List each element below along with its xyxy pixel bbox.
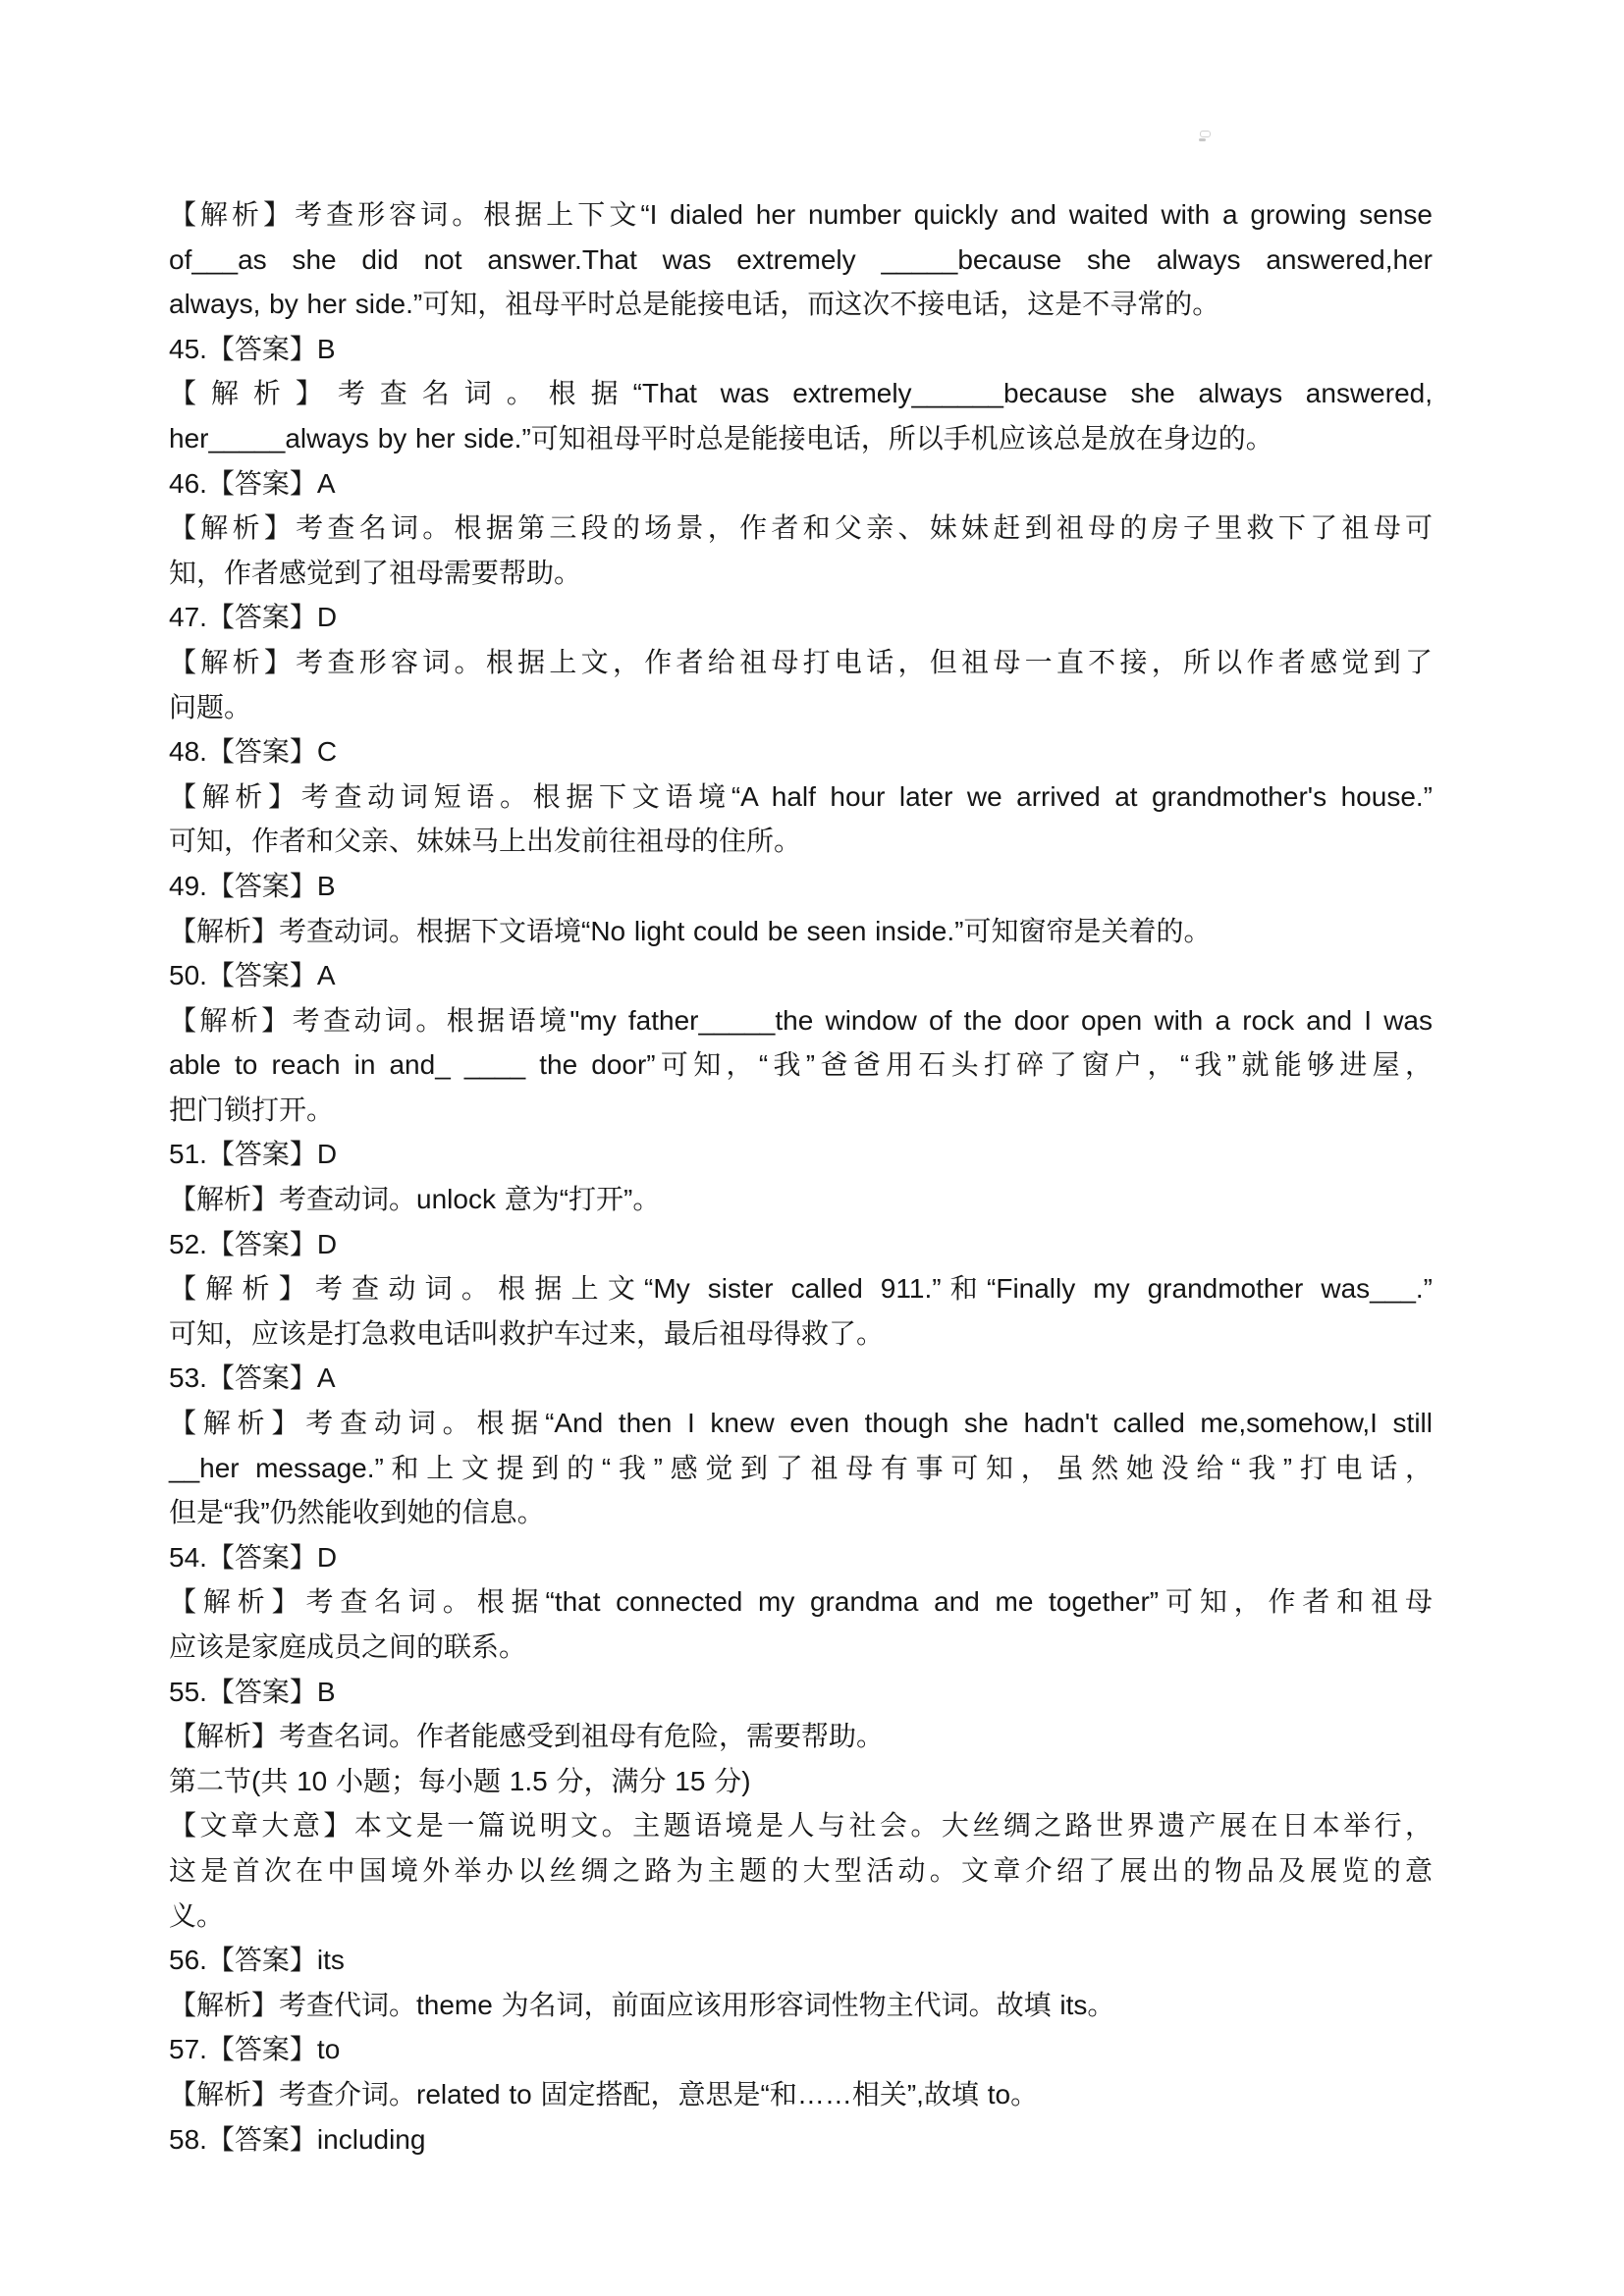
text-line: 【解析】考查名词。根据第三段的场景，作者和父亲、妹妹赶到祖母的房子里救下了祖母可 — [169, 506, 1433, 551]
text-line: 【解析】考查动词短语。根据下文语境“A half hour later we a… — [169, 774, 1433, 820]
text-line: 【解析】考查名词。根据“That was extremely______beca… — [169, 371, 1433, 416]
text-line: 【解析】考查形容词。根据上文，作者给祖母打电话，但祖母一直不接，所以作者感觉到了 — [169, 640, 1433, 685]
text-line: 【解析】考查动词。根据上文“My sister called 911.”和“Fi… — [169, 1266, 1433, 1311]
scan-artifact — [1199, 130, 1211, 143]
text-line: 【解析】考查代词。theme 为名词，前面应该用形容词性物主代词。故填 its。 — [169, 1983, 1433, 2028]
text-line: 57.【答案】to — [169, 2027, 1433, 2072]
text-line: 【解析】考查名词。根据“that connected my grandma an… — [169, 1579, 1433, 1625]
document-body: 【解析】考查形容词。根据上下文“I dialed her number quic… — [169, 192, 1433, 2162]
text-line: 可知，作者和父亲、妹妹马上出发前往祖母的住所。 — [169, 819, 1433, 864]
text-line: 47.【答案】D — [169, 595, 1433, 640]
text-line: 58.【答案】including — [169, 2117, 1433, 2163]
text-line: her_____always by her side.”可知祖母平时总是能接电话… — [169, 416, 1433, 461]
text-line: 48.【答案】C — [169, 729, 1433, 774]
text-line: 【解析】考查动词。unlock 意为“打开”。 — [169, 1177, 1433, 1222]
text-line: always, by her side.”可知，祖母平时总是能接电话，而这次不接… — [169, 282, 1433, 327]
text-line: 问题。 — [169, 685, 1433, 730]
text-line: 【解析】考查名词。作者能感受到祖母有危险，需要帮助。 — [169, 1714, 1433, 1759]
text-line: 【解析】考查动词。根据“And then I knew even though … — [169, 1401, 1433, 1446]
text-line: 把门锁打开。 — [169, 1088, 1433, 1133]
text-line: 第二节(共 10 小题；每小题 1.5 分，满分 15 分) — [169, 1759, 1433, 1804]
text-line: 【解析】考查动词。根据语境"my father_____the window o… — [169, 998, 1433, 1043]
text-line: 知，作者感觉到了祖母需要帮助。 — [169, 551, 1433, 596]
text-line: 应该是家庭成员之间的联系。 — [169, 1625, 1433, 1670]
text-line: 【文章大意】本文是一篇说明文。主题语境是人与社会。大丝绸之路世界遗产展在日本举行… — [169, 1803, 1433, 1848]
page: 【解析】考查形容词。根据上下文“I dialed her number quic… — [0, 0, 1624, 2296]
text-line: 但是“我”仍然能收到她的信息。 — [169, 1490, 1433, 1535]
text-line: 义。 — [169, 1894, 1433, 1939]
text-line: 可知，应该是打急救电话叫救护车过来，最后祖母得救了。 — [169, 1311, 1433, 1357]
text-line: 【解析】考查动词。根据下文语境“No light could be seen i… — [169, 909, 1433, 954]
text-line: __her message.”和上文提到的“我”感觉到了祖母有事可知，虽然她没给… — [169, 1446, 1433, 1491]
text-line: 45.【答案】B — [169, 327, 1433, 372]
text-line: 51.【答案】D — [169, 1132, 1433, 1177]
text-line: 50.【答案】A — [169, 953, 1433, 998]
text-line: 49.【答案】B — [169, 864, 1433, 909]
text-line: 46.【答案】A — [169, 461, 1433, 507]
text-line: 这是首次在中国境外举办以丝绸之路为主题的大型活动。文章介绍了展出的物品及展览的意 — [169, 1848, 1433, 1894]
text-line: 53.【答案】A — [169, 1356, 1433, 1401]
text-line: 52.【答案】D — [169, 1222, 1433, 1267]
text-line: able to reach in and_ ____ the door”可知，“… — [169, 1042, 1433, 1088]
text-line: 56.【答案】its — [169, 1938, 1433, 1983]
text-line: 55.【答案】B — [169, 1670, 1433, 1715]
text-line: of___as she did not answer.That was extr… — [169, 238, 1433, 283]
text-line: 【解析】考查介词。related to 固定搭配，意思是“和……相关”,故填 t… — [169, 2072, 1433, 2117]
text-line: 54.【答案】D — [169, 1535, 1433, 1580]
text-line: 【解析】考查形容词。根据上下文“I dialed her number quic… — [169, 192, 1433, 238]
